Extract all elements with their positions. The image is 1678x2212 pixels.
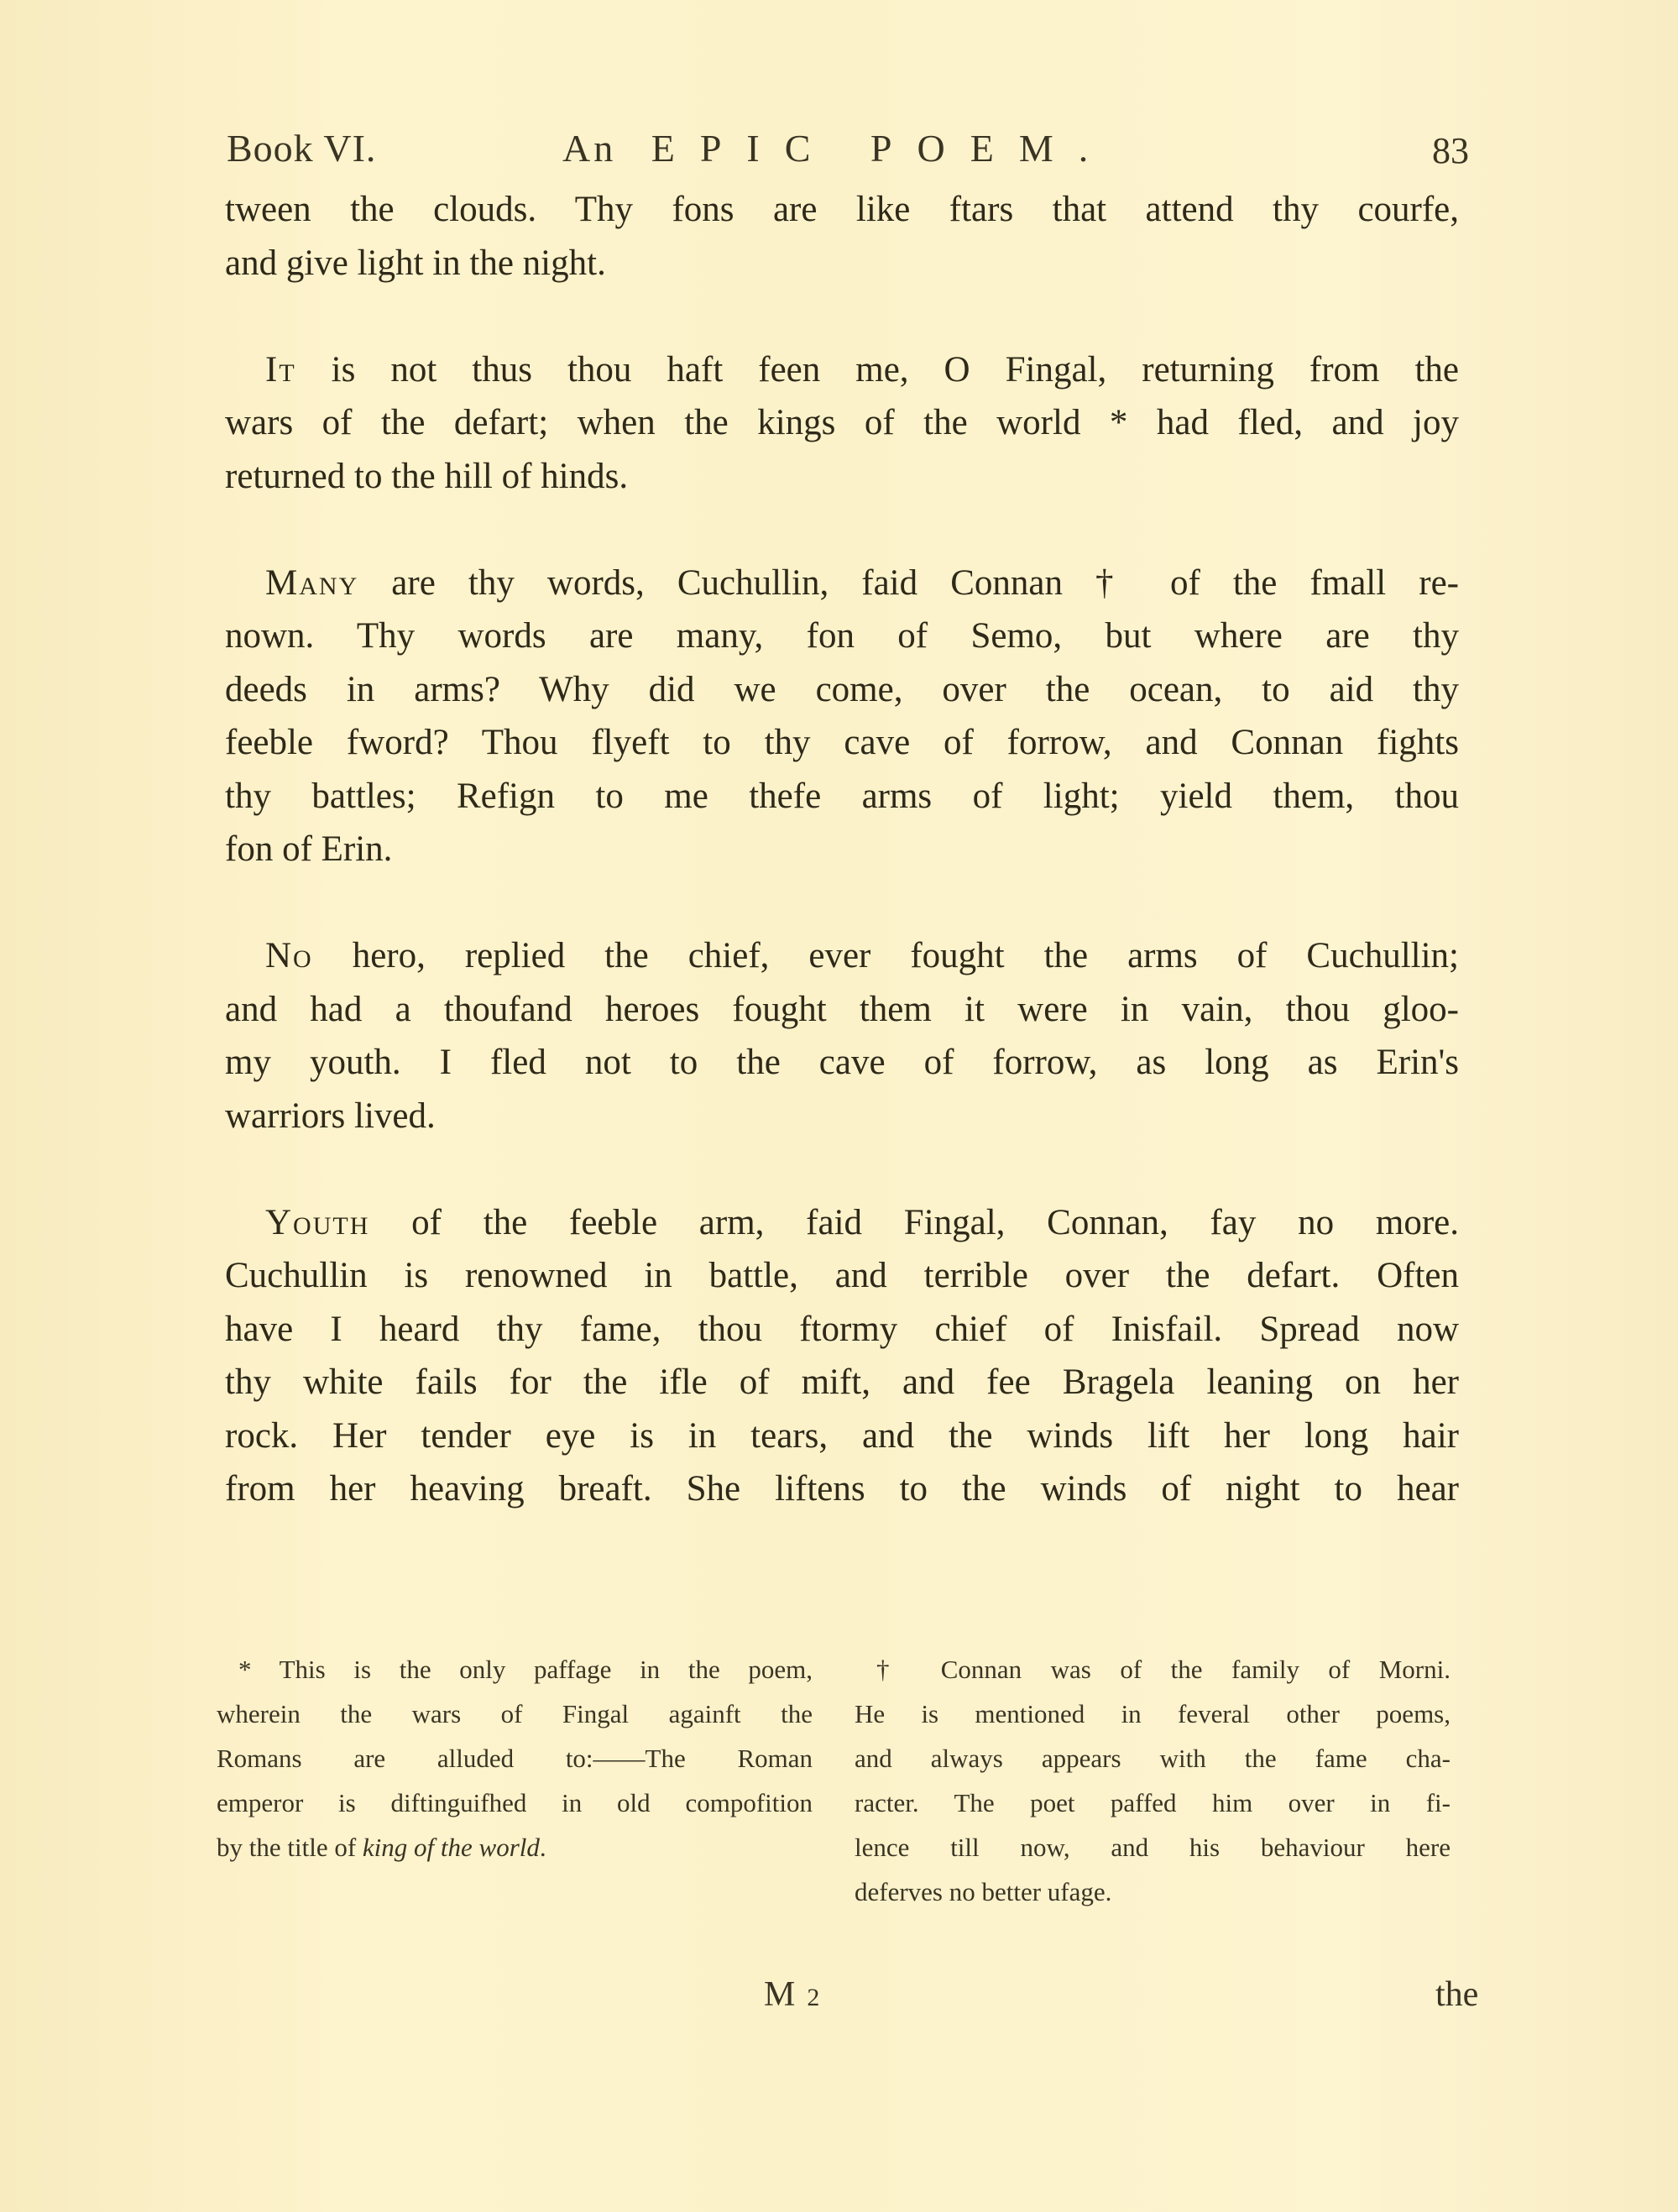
- running-title: An EPIC POEM.: [562, 126, 1113, 170]
- footnote-line: * This is the only paffage in the poem,: [217, 1647, 813, 1692]
- footnote-text: by the title of: [217, 1833, 363, 1862]
- footnote-line: He is mentioned in feveral other poems,: [855, 1692, 1451, 1736]
- text-line-rest: of the feeble arm, faid Fingal, Connan, …: [369, 1203, 1459, 1242]
- footnote-line: emperor is diftinguifhed in old compofit…: [217, 1781, 813, 1825]
- book-page: Book VI. An EPIC POEM. 83 tween the clou…: [0, 0, 1678, 2212]
- footnote-line: lence till now, and his behaviour here: [855, 1825, 1451, 1869]
- body-text: tween the clouds. Thy fons are like ftar…: [225, 183, 1459, 1516]
- text-line: No hero, replied the chief, ever fought …: [225, 929, 1459, 983]
- footnote-line: by the title of king of the world.: [217, 1825, 813, 1869]
- text-line: wars of the defart; when the kings of th…: [225, 396, 1459, 450]
- text-line-rest: are thy words, Cuchullin, faid Connan † …: [358, 563, 1459, 603]
- paragraph-lead: Youth: [265, 1203, 369, 1242]
- paragraph-lead: Many: [265, 563, 358, 603]
- running-head: Book VI. An EPIC POEM. 83: [227, 126, 1469, 185]
- text-line: and give light in the night.: [225, 237, 1459, 290]
- text-line: thy battles; Refign to me thefe arms of …: [225, 770, 1459, 824]
- text-line-rest: hero, replied the chief, ever fought the…: [313, 936, 1459, 975]
- signature-letter: M: [764, 1975, 795, 2014]
- text-line: and had a thoufand heroes fought them it…: [225, 983, 1459, 1037]
- text-line: tween the clouds. Thy fons are like ftar…: [225, 183, 1459, 237]
- text-line: nown. Thy words are many, fon of Semo, b…: [225, 609, 1459, 663]
- footnote-dagger: † Connan was of the family of Morni. He …: [855, 1647, 1451, 1914]
- text-line: my youth. I fled not to the cave of forr…: [225, 1036, 1459, 1090]
- footnote-line: wherein the wars of Fingal againft the: [217, 1692, 813, 1736]
- page-number: 83: [1432, 129, 1469, 172]
- paragraph: Many are thy words, Cuchullin, faid Conn…: [225, 557, 1459, 876]
- footnote-text: .: [540, 1833, 546, 1862]
- paragraph-lead: No: [265, 936, 313, 975]
- paragraph: tween the clouds. Thy fons are like ftar…: [225, 183, 1459, 290]
- text-line: rock. Her tender eye is in tears, and th…: [225, 1409, 1459, 1463]
- text-line: feeble fword? Thou flyeft to thy cave of…: [225, 716, 1459, 770]
- text-line: warriors lived.: [225, 1090, 1459, 1143]
- footnote-line: deferves no better ufage.: [855, 1869, 1451, 1914]
- text-line: Many are thy words, Cuchullin, faid Conn…: [225, 557, 1459, 610]
- footnote-italic: king of the world: [363, 1833, 540, 1862]
- paragraph: No hero, replied the chief, ever fought …: [225, 929, 1459, 1143]
- text-line: returned to the hill of hinds.: [225, 450, 1459, 504]
- text-line: It is not thus thou haft feen me, O Fing…: [225, 343, 1459, 397]
- text-line: thy white fails for the ifle of mift, an…: [225, 1356, 1459, 1409]
- text-line: have I heard thy fame, thou ftormy chief…: [225, 1303, 1459, 1357]
- signature-mark: M2: [764, 1974, 819, 2015]
- running-title-rest: EPIC POEM.: [651, 127, 1113, 170]
- footnote-asterisk: * This is the only paffage in the poem, …: [217, 1647, 813, 1869]
- text-line-rest: is not thus thou haft feen me, O Fingal,…: [296, 350, 1459, 390]
- footnote-line: racter. The poet paffed him over in fi-: [855, 1781, 1451, 1825]
- text-line: Youth of the feeble arm, faid Fingal, Co…: [225, 1196, 1459, 1250]
- paragraph: Youth of the feeble arm, faid Fingal, Co…: [225, 1196, 1459, 1516]
- book-label: Book VI.: [227, 126, 376, 170]
- paragraph-lead: It: [265, 350, 296, 390]
- footnote-line: Romans are alluded to:——The Roman: [217, 1736, 813, 1781]
- text-line: Cuchullin is renowned in battle, and ter…: [225, 1249, 1459, 1303]
- text-line: fon of Erin.: [225, 823, 1459, 876]
- footnote-line: and always appears with the fame cha-: [855, 1736, 1451, 1781]
- catchword: the: [1435, 1974, 1478, 2015]
- text-line: deeds in arms? Why did we come, over the…: [225, 663, 1459, 717]
- paragraph: It is not thus thou haft feen me, O Fing…: [225, 343, 1459, 504]
- signature-number: 2: [807, 1984, 819, 2011]
- running-title-an: An: [562, 127, 616, 170]
- text-line: from her heaving breaft. She liftens to …: [225, 1462, 1459, 1516]
- footnote-line: † Connan was of the family of Morni.: [855, 1647, 1451, 1692]
